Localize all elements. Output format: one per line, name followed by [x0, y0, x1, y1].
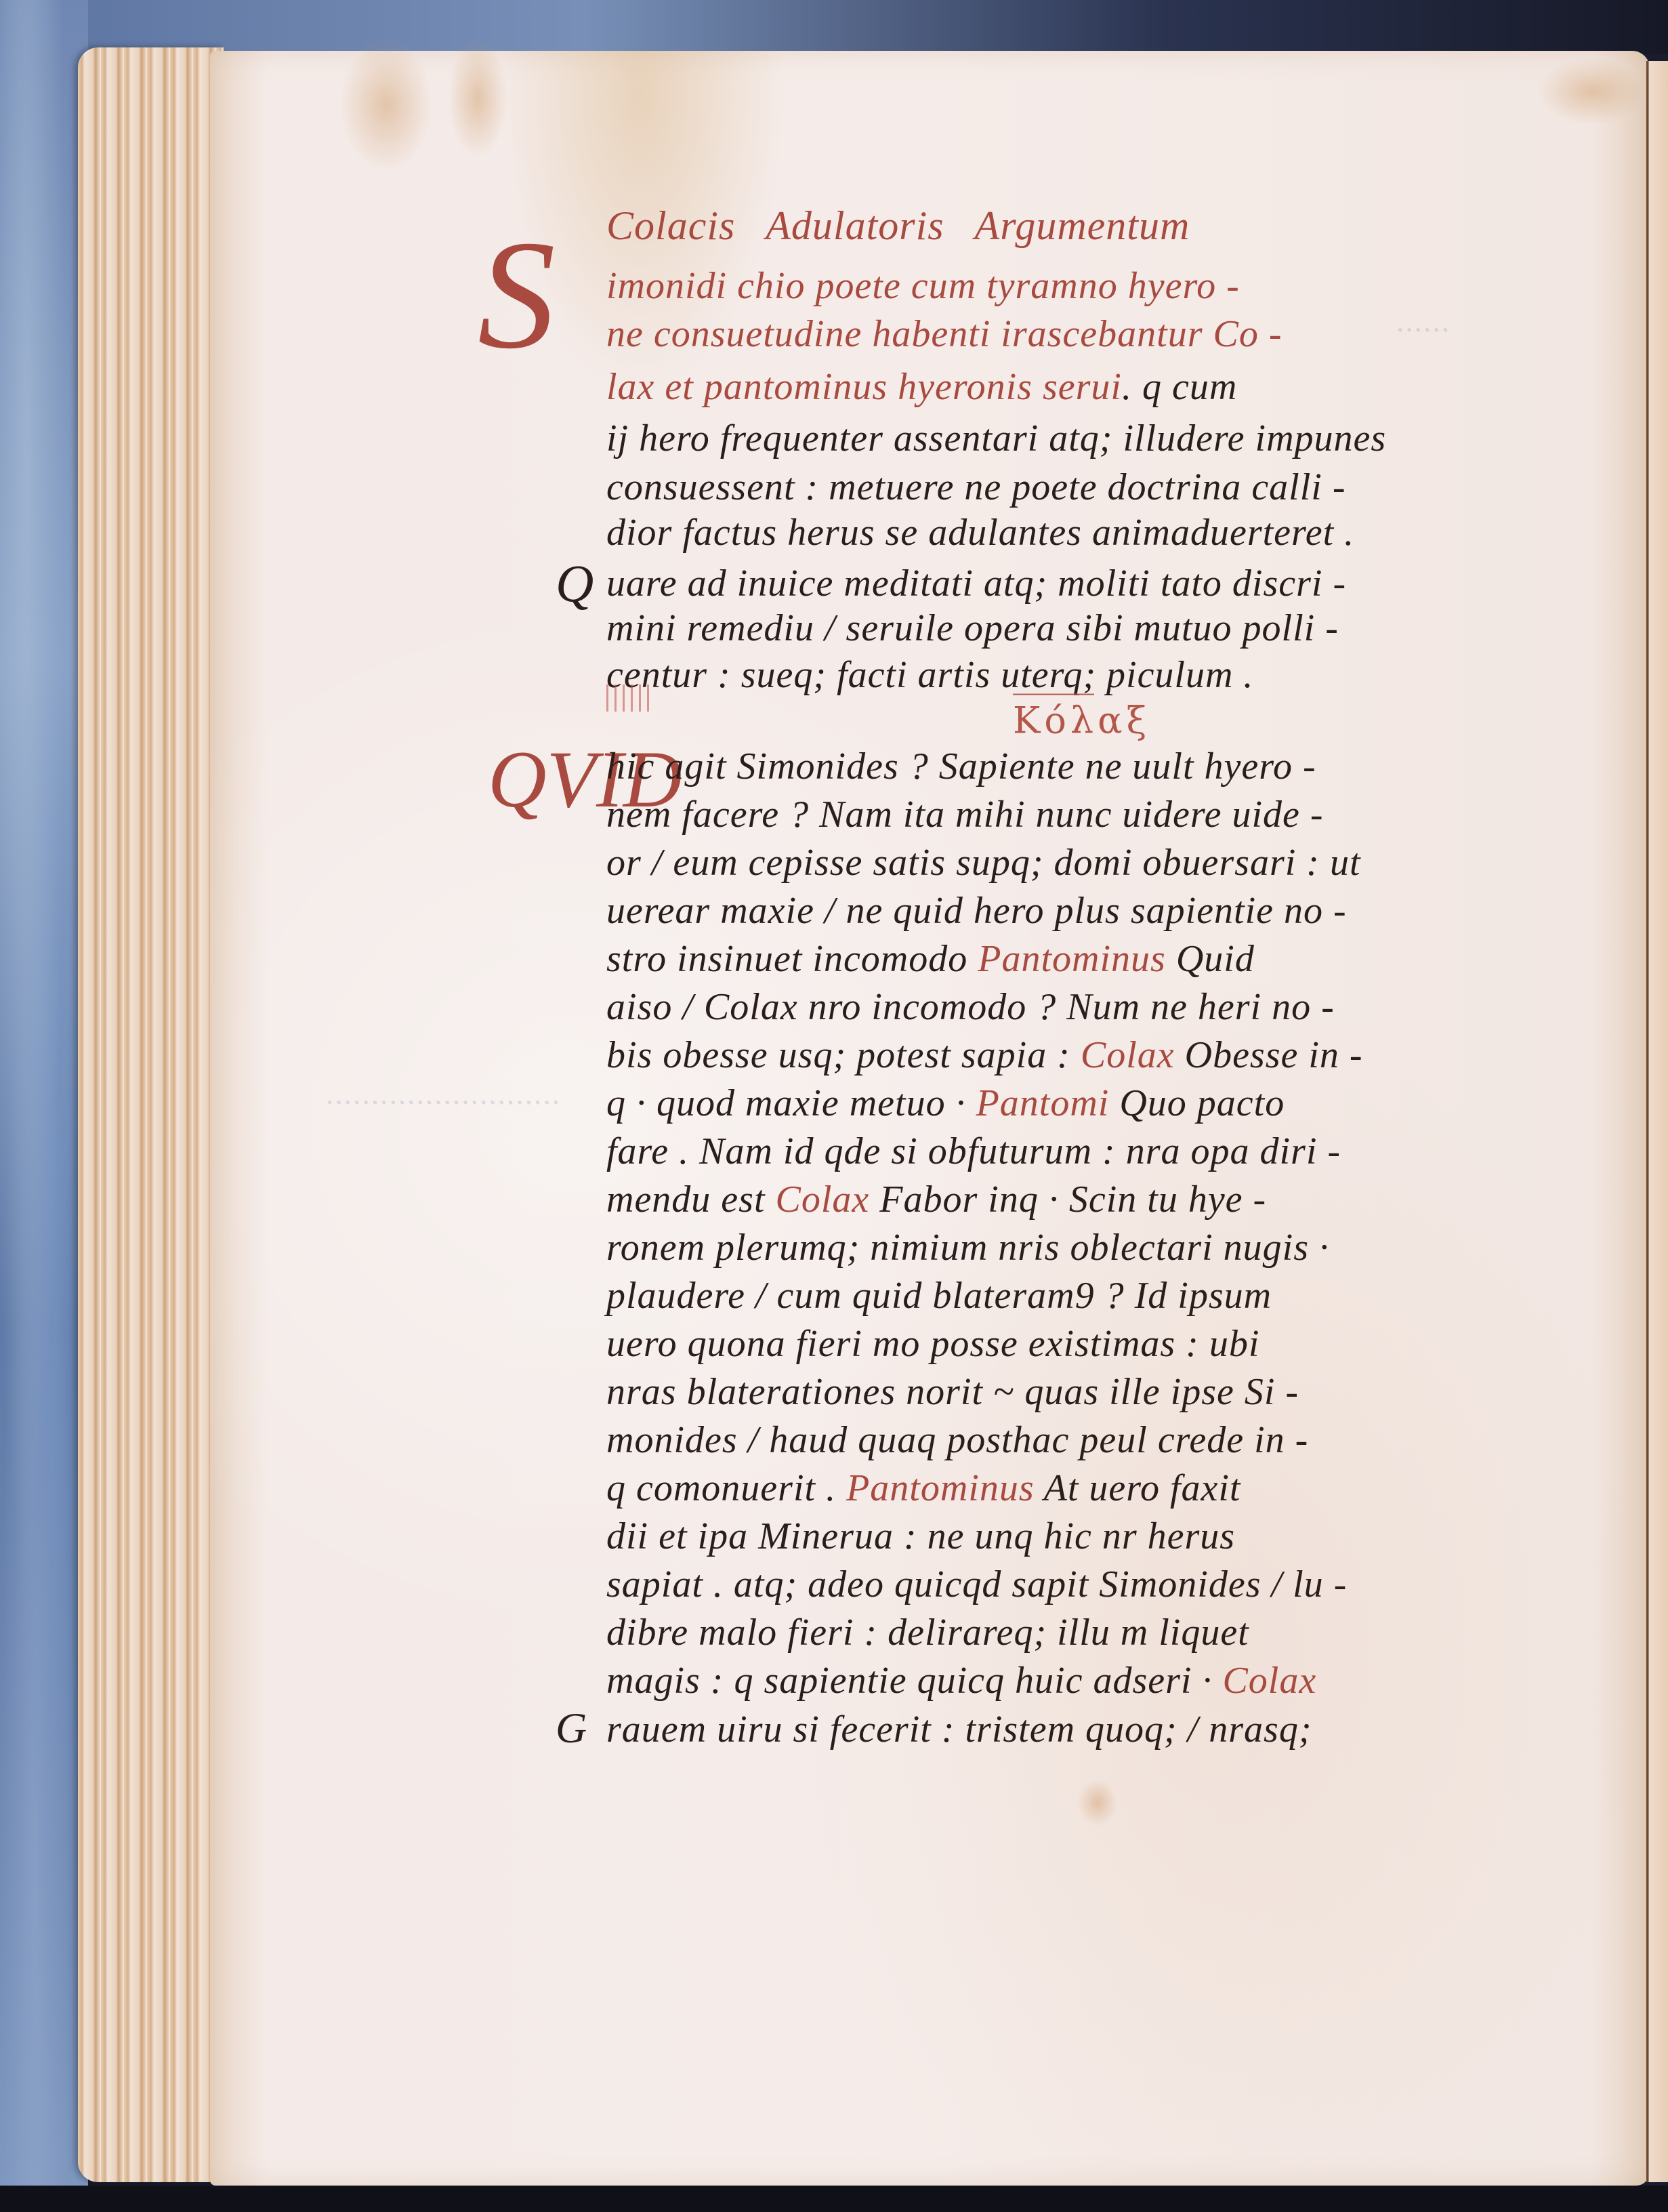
- argument-line: ne consuetudine habenti irascebantur Co …: [606, 312, 1283, 356]
- argument-line: uare ad inuice meditati atq; moliti tato…: [606, 562, 1346, 605]
- argument-line: lax et pantominus hyeronis serui. q cum: [606, 365, 1237, 409]
- ink-segment: At uero faxit: [1035, 1467, 1241, 1509]
- ink-segment: stro insinuet incomodo: [606, 938, 978, 980]
- argument-line: imonidi chio poete cum tyramno hyero -: [606, 264, 1240, 308]
- speaker-pantominus: Pantominus: [978, 938, 1166, 980]
- ink-segment: Quo pacto: [1109, 1082, 1285, 1124]
- ink-segment: . q cum: [1122, 366, 1237, 408]
- speaker-pantomi: Pantomi: [976, 1082, 1110, 1124]
- water-stain: [447, 37, 508, 159]
- rubric-segment: lax et pantominus hyeronis serui: [606, 366, 1122, 408]
- page-stack-edges: [78, 47, 224, 2182]
- argument-line: ij hero frequenter assentari atq; illude…: [606, 417, 1386, 460]
- title-word-colacis: Colacis: [606, 203, 735, 248]
- dropcap-s: S: [478, 217, 556, 373]
- speaker-colax: Colax: [776, 1179, 870, 1221]
- dialogue-line: stro insinuet incomodo Pantominus Quid: [606, 937, 1255, 981]
- water-stain: [339, 37, 434, 173]
- dialogue-line: hic agit Simonides ? Sapiente ne uult hy…: [606, 745, 1316, 788]
- dialogue-line: dii et ipa Minerua : ne unq hic nr herus: [606, 1515, 1235, 1558]
- show-through-text: ..........................: [325, 1078, 560, 1111]
- ink-segment: bis obesse usq; potest sapia :: [606, 1034, 1081, 1076]
- argument-line: centur : sueq; facti artis uterq; piculu…: [606, 653, 1253, 697]
- dialogue-line: magis : q sapientie quicq huic adseri · …: [606, 1659, 1316, 1702]
- argument-line: mini remediu / seruile opera sibi mutuo …: [606, 607, 1339, 650]
- title-word-argumentum: Argumentum: [975, 203, 1190, 248]
- dialogue-line: monides / haud quaq posthac peul crede i…: [606, 1418, 1308, 1462]
- dropcap-q: Q: [556, 557, 593, 610]
- dialogue-line: nras blaterationes norit ~ quas ille ips…: [606, 1370, 1299, 1414]
- ink-segment: Obesse in -: [1175, 1034, 1363, 1076]
- dropcap-g: G: [556, 1706, 587, 1750]
- dialogue-line: ronem plerumq; nimium nris oblectari nug…: [606, 1226, 1329, 1269]
- dialogue-line: fare . Nam id qde si obfuturum : nra opa…: [606, 1130, 1341, 1173]
- dialogue-line: nem facere ? Nam ita mihi nunc uidere ui…: [606, 793, 1324, 836]
- dialogue-line: sapiat . atq; adeo quicqd sapit Simonide…: [606, 1563, 1347, 1606]
- speaker-colax: Colax: [1081, 1034, 1175, 1076]
- marbled-blue-cover: [0, 0, 88, 2212]
- dialogue-line: uero quona fieri mo posse existimas : ub…: [606, 1322, 1259, 1366]
- ink-segment: Quid: [1166, 938, 1255, 980]
- water-stain: [1538, 58, 1646, 125]
- ink-segment: q comonuerit .: [606, 1467, 846, 1509]
- dialogue-line: q comonuerit . Pantominus At uero faxit: [606, 1467, 1240, 1510]
- dialogue-line: bis obesse usq; potest sapia : Colax Obe…: [606, 1033, 1363, 1077]
- speaker-colax: Colax: [1222, 1660, 1316, 1702]
- speaker-heading: Κόλαξ: [1013, 699, 1150, 742]
- ink-segment: Fabor inq · Scin tu hye -: [869, 1179, 1266, 1221]
- dialogue-line: q · quod maxie metuo · Pantomi Quo pacto: [606, 1082, 1285, 1125]
- argument-line: dior factus herus se adulantes animaduer…: [606, 511, 1354, 554]
- page-right-border: [1646, 61, 1668, 2182]
- dialogue-line: rauem uiru si fecerit : tristem quoq; / …: [606, 1708, 1312, 1751]
- speaker-pantominus: Pantominus: [846, 1467, 1035, 1509]
- ink-segment: mendu est: [606, 1179, 776, 1221]
- dialogue-line: mendu est Colax Fabor inq · Scin tu hye …: [606, 1178, 1266, 1221]
- text-block: S Colacis Adulatoris Argumentum imonidi …: [606, 0, 1487, 2212]
- title-line: Colacis Adulatoris Argumentum: [606, 203, 1190, 249]
- dialogue-line: aiso / Colax nro incomodo ? Num ne heri …: [606, 985, 1335, 1029]
- argument-line: consuessent : metuere ne poete doctrina …: [606, 466, 1346, 509]
- ink-segment: q · quod maxie metuo ·: [606, 1082, 976, 1124]
- ink-segment: magis : q sapientie quicq huic adseri ·: [606, 1660, 1222, 1702]
- dialogue-line: uerear maxie / ne quid hero plus sapient…: [606, 889, 1347, 933]
- title-word-adulatoris: Adulatoris: [766, 203, 944, 248]
- dialogue-line: or / eum cepisse satis supq; domi obuers…: [606, 841, 1361, 884]
- dialogue-line: dibre malo fieri : delirareq; illu m liq…: [606, 1611, 1249, 1654]
- dialogue-line: plaudere / cum quid blateram9 ? Id ipsum: [606, 1274, 1272, 1317]
- red-tick-marks: [606, 684, 654, 712]
